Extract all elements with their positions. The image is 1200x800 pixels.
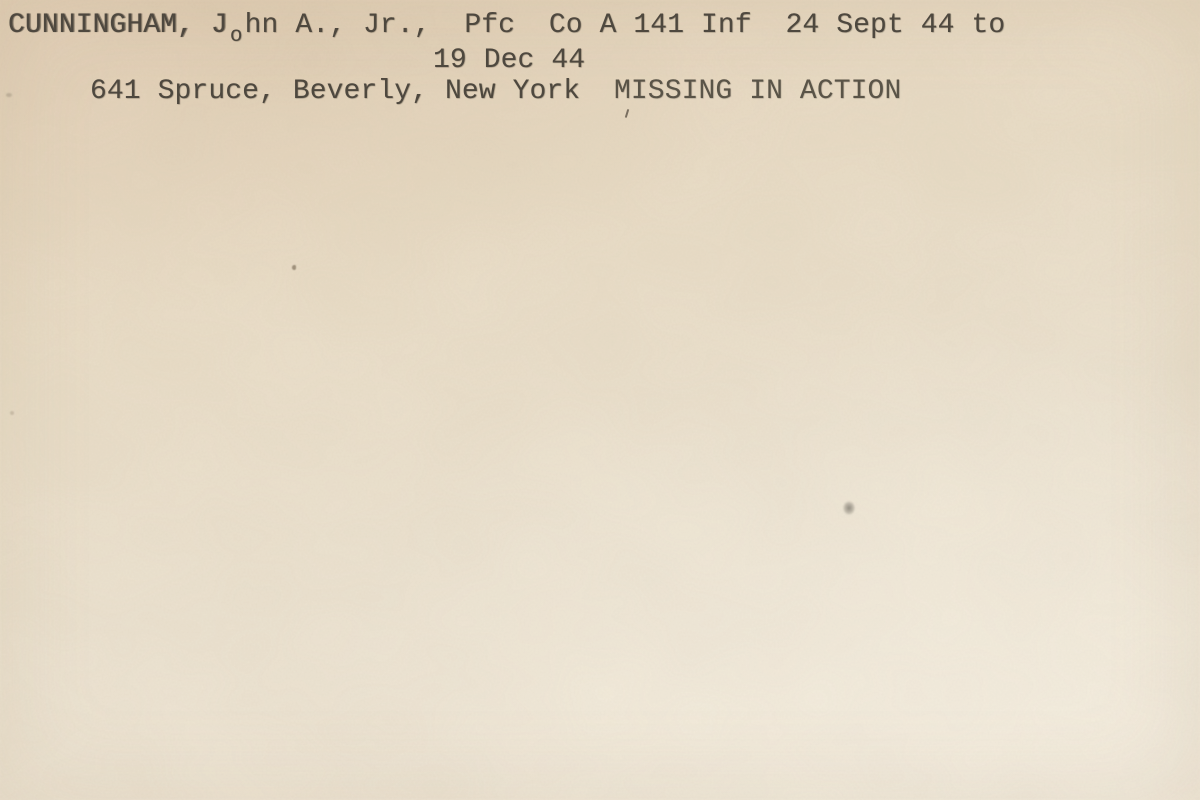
end-date-line: 19 Dec 44 <box>433 47 585 75</box>
address-text: 641 Spruce, Beverly, New York <box>90 76 614 107</box>
paper-speck <box>10 411 14 415</box>
name-service-line: CUNNINGHAM, John A., Jr., Pfc Co A 141 I… <box>8 12 1005 42</box>
index-card: CUNNINGHAM, John A., Jr., Pfc Co A 141 I… <box>0 0 1200 800</box>
paper-speck <box>292 265 296 270</box>
surname-text: CUNNINGHAM, J <box>8 10 228 41</box>
ink-smudge <box>841 499 857 517</box>
paper-speck <box>6 93 12 97</box>
stray-ink-tick <box>625 109 630 118</box>
service-details-text: hn A., Jr., Pfc Co A 141 Inf 24 Sept 44 … <box>245 10 1006 41</box>
paper-grain-texture <box>0 0 1200 800</box>
status-missing-in-action: MISSING IN ACTION <box>614 76 901 107</box>
dropped-letter-o: o <box>228 23 245 51</box>
address-status-line: 641 Spruce, Beverly, New York MISSING IN… <box>90 78 901 106</box>
